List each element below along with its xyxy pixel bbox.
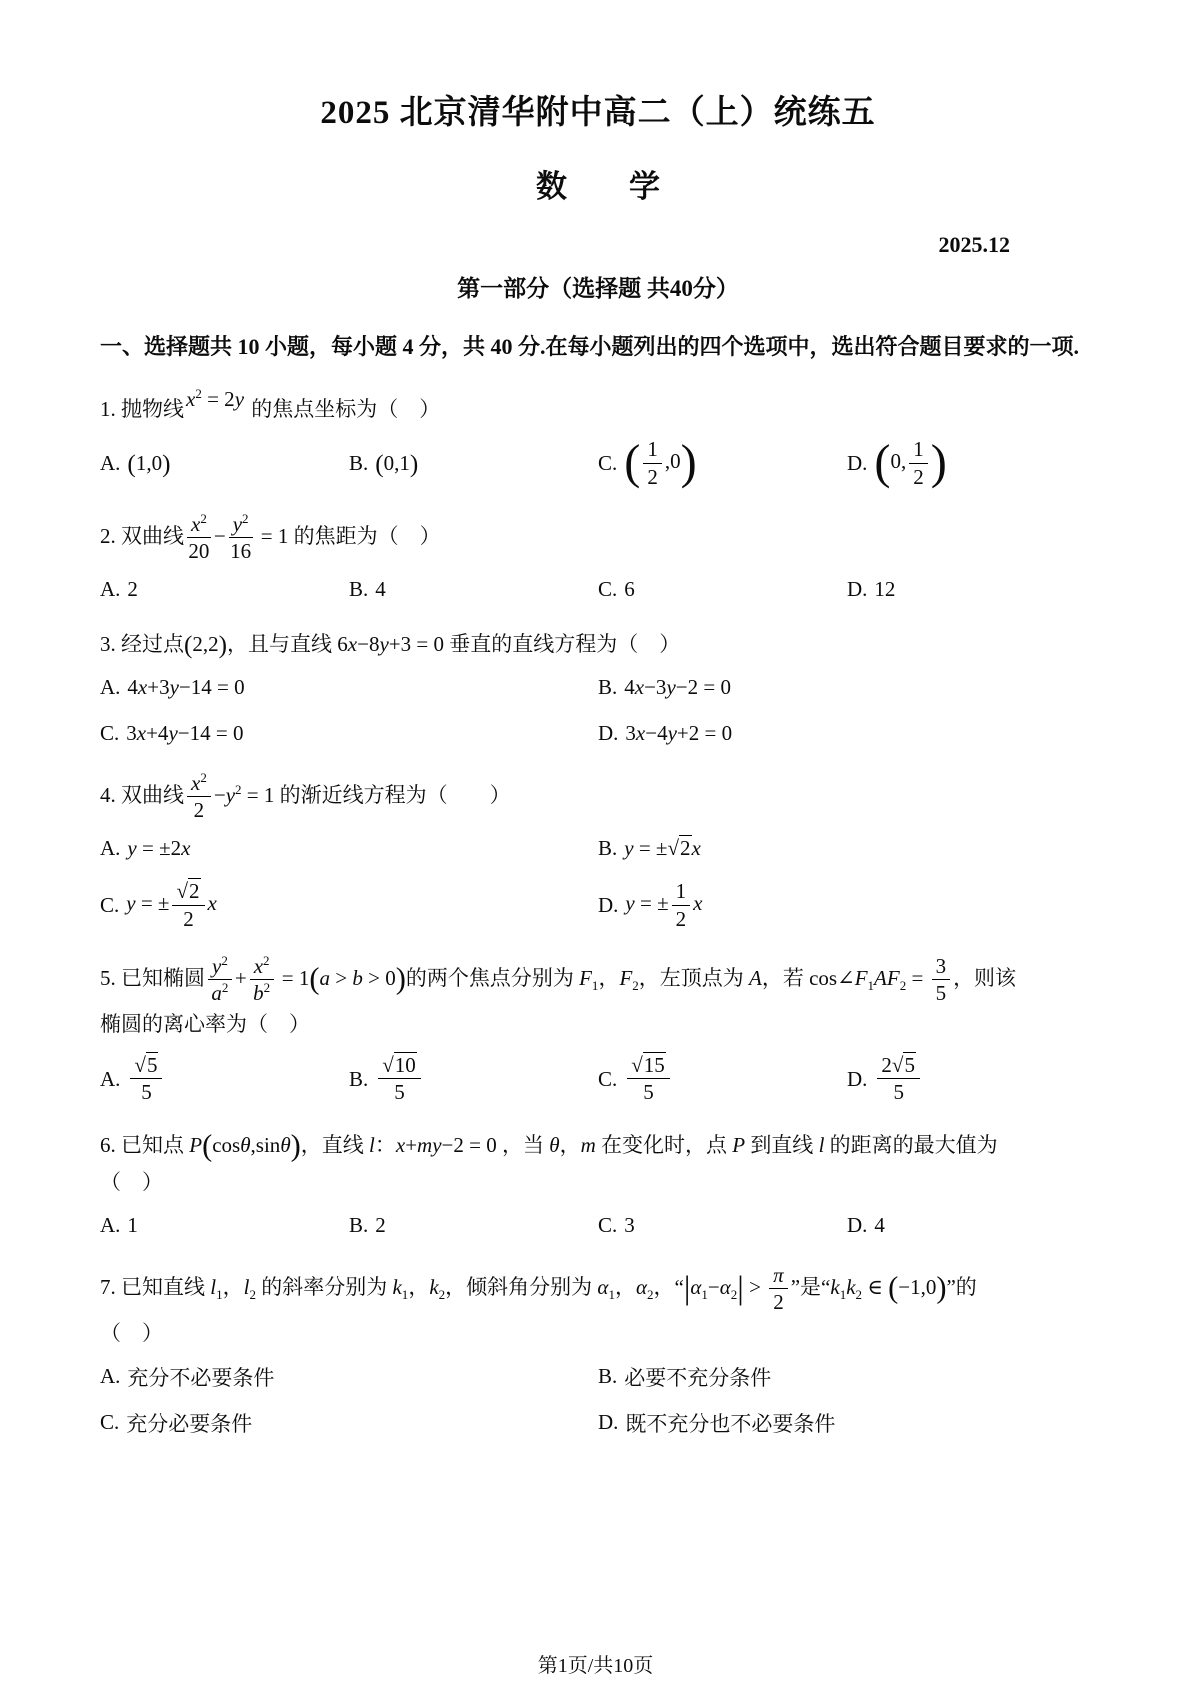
- option-body: 既不充分也不必要条件: [625, 1408, 835, 1438]
- option-4C: C.y = ±√22x: [100, 879, 598, 931]
- option-body: 2√55: [874, 1053, 923, 1105]
- option-row: A.y = ±2xB.y = ±√2xC.y = ±√22xD.y = ±12x: [100, 833, 1096, 931]
- option-row: A.(1,0)B.(0,1)C.(12,0)D.(0,12): [100, 437, 1096, 489]
- option-label: A.: [100, 675, 120, 700]
- option-body: (12,0): [624, 437, 696, 489]
- option-row: A.√55B.√105C.√155D.2√55: [100, 1053, 1096, 1105]
- exam-date: 2025.12: [100, 232, 1096, 258]
- option-label: D.: [598, 893, 618, 918]
- option-label: B.: [349, 1067, 368, 1092]
- question-2: 2. 双曲线x220−y216 = 1 的焦距为（ ）A.2B.4C.6D.12: [100, 512, 1096, 604]
- subject-title: 数 学: [100, 161, 1096, 206]
- option-5D: D.2√55: [847, 1053, 1096, 1105]
- question-stem: 5. 已知椭圆y2a2+x2b2 = 1(a > b > 0)的两个焦点分别为 …: [100, 954, 1096, 1043]
- option-label: D.: [847, 1067, 867, 1092]
- option-body: 4: [874, 1213, 885, 1238]
- option-label: A.: [100, 451, 120, 476]
- option-body: 充分必要条件: [126, 1408, 252, 1438]
- option-4B: B.y = ±√2x: [598, 833, 1096, 863]
- option-7C: C.充分必要条件: [100, 1408, 598, 1438]
- option-label: C.: [100, 721, 119, 746]
- option-body: 4: [375, 577, 386, 602]
- question-7: 7. 已知直线 l1，l2 的斜率分别为 k1，k2，倾斜角分别为 α1，α2，…: [100, 1263, 1096, 1438]
- page-title: 2025 北京清华附中高二（上）统练五: [100, 86, 1096, 133]
- option-body: 1: [127, 1213, 138, 1238]
- option-label: C.: [598, 577, 617, 602]
- option-7A: A.充分不必要条件: [100, 1362, 598, 1392]
- option-label: B.: [598, 675, 617, 700]
- option-body: 3: [624, 1213, 635, 1238]
- option-body: (0,12): [874, 437, 946, 489]
- option-4D: D.y = ±12x: [598, 879, 1096, 931]
- option-label: D.: [598, 1410, 618, 1435]
- option-body: y = ±2x: [127, 836, 190, 861]
- option-5A: A.√55: [100, 1053, 349, 1105]
- question-stem: 4. 双曲线x22−y2 = 1 的渐近线方程为（ ）: [100, 771, 1096, 823]
- option-label: A.: [100, 1364, 120, 1389]
- page-footer: 第1页/共10页: [0, 1649, 1191, 1678]
- option-6B: B.2: [349, 1211, 598, 1241]
- option-5C: C.√155: [598, 1053, 847, 1105]
- option-3C: C.3x+4y−14 = 0: [100, 719, 598, 749]
- question-3: 3. 经过点(2,2)，且与直线 6x−8y+3 = 0 垂直的直线方程为（ ）…: [100, 626, 1096, 749]
- option-label: D.: [847, 577, 867, 602]
- option-label: C.: [598, 451, 617, 476]
- option-6D: D.4: [847, 1211, 1096, 1241]
- option-body: 2: [375, 1213, 386, 1238]
- question-4: 4. 双曲线x22−y2 = 1 的渐近线方程为（ ）A.y = ±2xB.y …: [100, 771, 1096, 932]
- question-stem: 1. 抛物线x2 = 2y 的焦点坐标为（ ）: [100, 391, 1096, 428]
- question-stem: 3. 经过点(2,2)，且与直线 6x−8y+3 = 0 垂直的直线方程为（ ）: [100, 626, 1096, 663]
- question-stem: 7. 已知直线 l1，l2 的斜率分别为 k1，k2，倾斜角分别为 α1，α2，…: [100, 1263, 1096, 1352]
- option-2A: A.2: [100, 574, 349, 604]
- option-label: A.: [100, 1213, 120, 1238]
- option-body: 4x+3y−14 = 0: [127, 675, 244, 700]
- option-body: 必要不充分条件: [624, 1362, 771, 1392]
- option-row: A.2B.4C.6D.12: [100, 574, 1096, 604]
- page-number-label: 第1页/共10页: [538, 1655, 654, 1677]
- option-label: B.: [598, 1364, 617, 1389]
- option-row: A.充分不必要条件B.必要不充分条件C.充分必要条件D.既不充分也不必要条件: [100, 1362, 1096, 1438]
- option-label: D.: [847, 1213, 867, 1238]
- option-label: B.: [598, 836, 617, 861]
- option-2C: C.6: [598, 574, 847, 604]
- option-body: √55: [127, 1053, 165, 1105]
- option-body: 充分不必要条件: [127, 1362, 274, 1392]
- option-3B: B.4x−3y−2 = 0: [598, 673, 1096, 703]
- option-label: B.: [349, 1213, 368, 1238]
- option-2D: D.12: [847, 574, 1096, 604]
- option-label: B.: [349, 451, 368, 476]
- option-body: y = ±12x: [625, 879, 702, 931]
- instructions: 一、选择题共 10 小题，每小题 4 分，共 40 分.在每小题列出的四个选项中…: [100, 326, 1096, 369]
- option-body: 2: [127, 577, 138, 602]
- option-body: 3x−4y+2 = 0: [625, 721, 732, 746]
- option-1A: A.(1,0): [100, 449, 349, 479]
- question-stem: 6. 已知点 P(cosθ,sinθ)，直线 l：x+my−2 = 0 ，当 θ…: [100, 1127, 1096, 1201]
- option-body: √155: [624, 1053, 673, 1105]
- option-label: C.: [100, 893, 119, 918]
- option-label: C.: [598, 1067, 617, 1092]
- option-row: A.1B.2C.3D.4: [100, 1211, 1096, 1241]
- option-1B: B.(0,1): [349, 449, 598, 479]
- option-1D: D.(0,12): [847, 437, 1096, 489]
- option-body: (0,1): [375, 451, 418, 476]
- option-label: A.: [100, 1067, 120, 1092]
- option-7B: B.必要不充分条件: [598, 1362, 1096, 1392]
- question-list: 1. 抛物线x2 = 2y 的焦点坐标为（ ）A.(1,0)B.(0,1)C.(…: [100, 391, 1096, 1438]
- section-title: 第一部分（选择题 共40分）: [100, 270, 1096, 303]
- option-body: 12: [874, 577, 895, 602]
- option-6C: C.3: [598, 1211, 847, 1241]
- exam-page: 2025 北京清华附中高二（上）统练五 数 学 2025.12 第一部分（选择题…: [0, 0, 1191, 1438]
- option-body: √105: [375, 1053, 424, 1105]
- option-body: 4x−3y−2 = 0: [624, 675, 731, 700]
- option-body: 6: [624, 577, 635, 602]
- option-body: y = ±√2x: [624, 836, 701, 861]
- option-2B: B.4: [349, 574, 598, 604]
- question-stem: 2. 双曲线x220−y216 = 1 的焦距为（ ）: [100, 512, 1096, 564]
- option-7D: D.既不充分也不必要条件: [598, 1408, 1096, 1438]
- option-label: A.: [100, 836, 120, 861]
- option-label: A.: [100, 577, 120, 602]
- option-5B: B.√105: [349, 1053, 598, 1105]
- option-label: C.: [598, 1213, 617, 1238]
- option-body: (1,0): [127, 451, 170, 476]
- option-6A: A.1: [100, 1211, 349, 1241]
- option-label: B.: [349, 577, 368, 602]
- option-4A: A.y = ±2x: [100, 833, 598, 863]
- option-row: A.4x+3y−14 = 0B.4x−3y−2 = 0C.3x+4y−14 = …: [100, 673, 1096, 749]
- option-3D: D.3x−4y+2 = 0: [598, 719, 1096, 749]
- option-1C: C.(12,0): [598, 437, 847, 489]
- option-label: D.: [847, 451, 867, 476]
- option-3A: A.4x+3y−14 = 0: [100, 673, 598, 703]
- option-label: C.: [100, 1410, 119, 1435]
- option-body: y = ±√22x: [126, 879, 217, 931]
- question-6: 6. 已知点 P(cosθ,sinθ)，直线 l：x+my−2 = 0 ，当 θ…: [100, 1127, 1096, 1241]
- option-label: D.: [598, 721, 618, 746]
- question-1: 1. 抛物线x2 = 2y 的焦点坐标为（ ）A.(1,0)B.(0,1)C.(…: [100, 391, 1096, 490]
- option-body: 3x+4y−14 = 0: [126, 721, 243, 746]
- question-5: 5. 已知椭圆y2a2+x2b2 = 1(a > b > 0)的两个焦点分别为 …: [100, 954, 1096, 1106]
